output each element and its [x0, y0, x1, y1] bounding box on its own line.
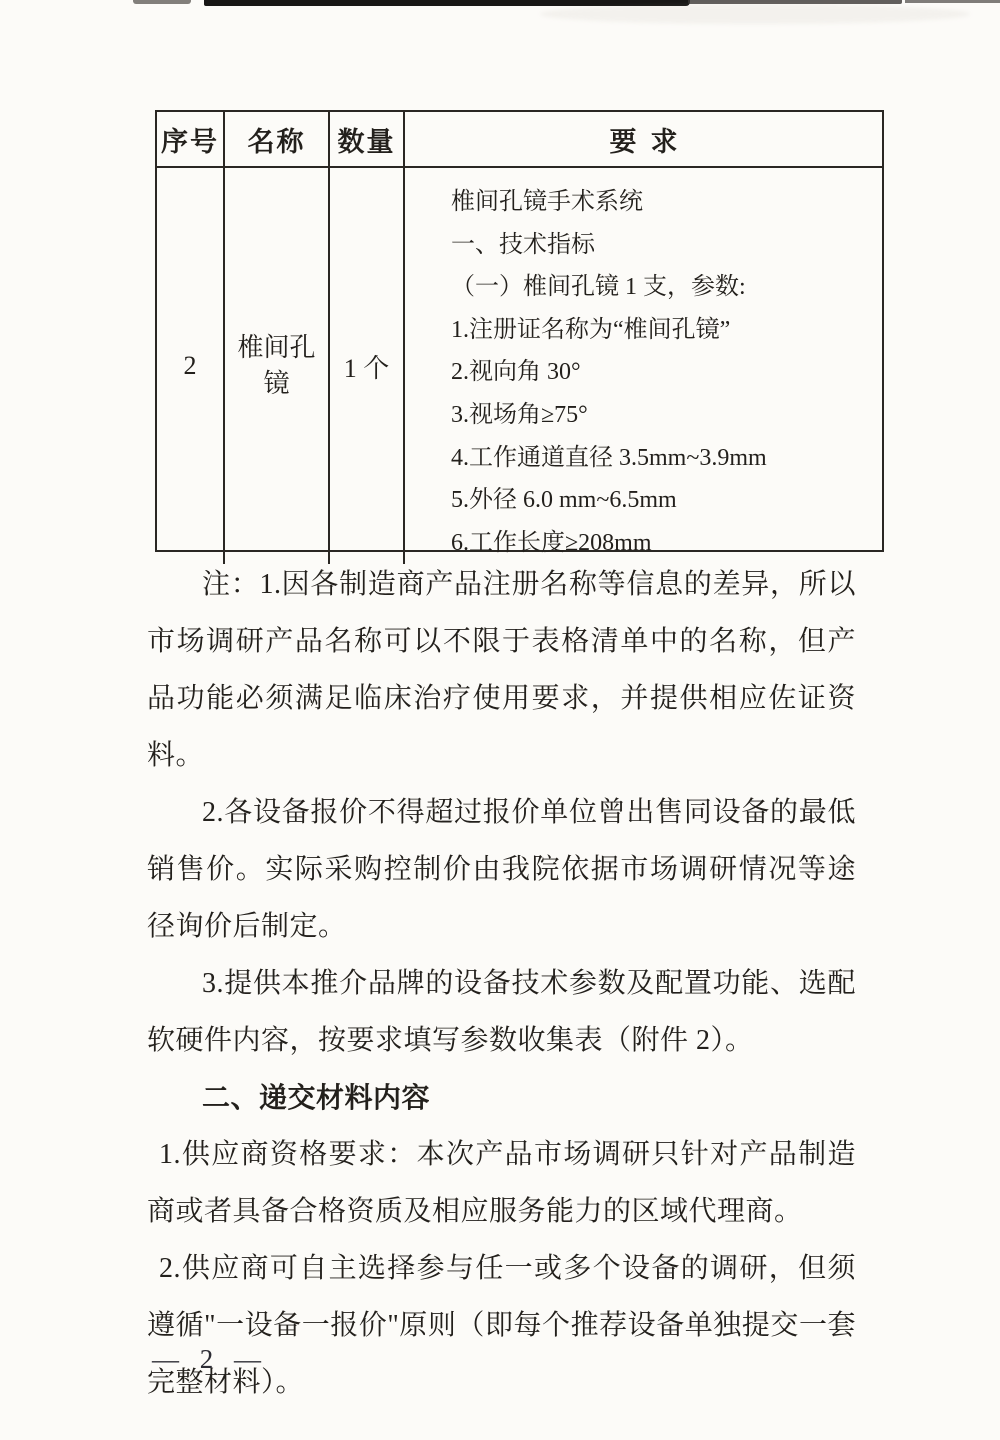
col-header-name: 名称 — [225, 112, 330, 168]
requirement-line: 椎间孔镜手术系统 — [451, 181, 872, 224]
cell-quantity: 1 个 — [330, 168, 405, 564]
scan-artifact-strip — [204, 0, 690, 6]
supplier-paragraph-2: 2.供应商可自主选择参与任一或多个设备的调研，但须遵循"一设备一报价"原则（即每… — [147, 1240, 856, 1411]
requirement-line: 4.工作通道直径 3.5mm~3.9mm — [451, 437, 872, 480]
cell-name: 椎间孔镜 — [225, 168, 330, 564]
requirement-line: 3.视场角≥75° — [451, 394, 872, 437]
requirement-line: 1.注册证名称为“椎间孔镜” — [451, 309, 872, 352]
scan-artifact-strip — [905, 0, 1000, 3]
section-heading: 二、递交材料内容 — [147, 1069, 856, 1126]
equipment-table: 序号 名称 数量 要求 2 椎间孔镜 1 个 椎间孔镜手术系统 一、技术指标 （… — [155, 110, 884, 552]
requirement-line: （一）椎间孔镜 1 支，参数: — [451, 266, 872, 309]
requirement-line: 2.视向角 30° — [451, 351, 872, 394]
cell-index: 2 — [157, 168, 225, 564]
document-body: 注：1.因各制造商产品注册名称等信息的差异，所以市场调研产品名称可以不限于表格清… — [147, 556, 856, 1411]
col-header-requirements: 要求 — [405, 112, 882, 168]
scan-artifact-strip — [133, 0, 191, 4]
col-header-index: 序号 — [157, 112, 225, 168]
note-paragraph-3: 3.提供本推介品牌的设备技术参数及配置功能、选配软硬件内容，按要求填写参数收集表… — [147, 955, 856, 1069]
cell-requirements: 椎间孔镜手术系统 一、技术指标 （一）椎间孔镜 1 支，参数: 1.注册证名称为… — [405, 168, 882, 564]
requirement-line: 5.外径 6.0 mm~6.5mm — [451, 479, 872, 522]
page-number: — 2 — — [152, 1344, 263, 1375]
scan-smudge — [540, 4, 970, 24]
supplier-paragraph-1: 1.供应商资格要求：本次产品市场调研只针对产品制造商或者具备合格资质及相应服务能… — [147, 1126, 856, 1240]
col-header-quantity: 数量 — [330, 112, 405, 168]
note-paragraph-2: 2.各设备报价不得超过报价单位曾出售同设备的最低销售价。实际采购控制价由我院依据… — [147, 784, 856, 955]
scanned-document-page: 序号 名称 数量 要求 2 椎间孔镜 1 个 椎间孔镜手术系统 一、技术指标 （… — [0, 0, 1000, 1440]
note-paragraph-1: 注：1.因各制造商产品注册名称等信息的差异，所以市场调研产品名称可以不限于表格清… — [147, 556, 856, 784]
requirement-line: 一、技术指标 — [451, 224, 872, 267]
